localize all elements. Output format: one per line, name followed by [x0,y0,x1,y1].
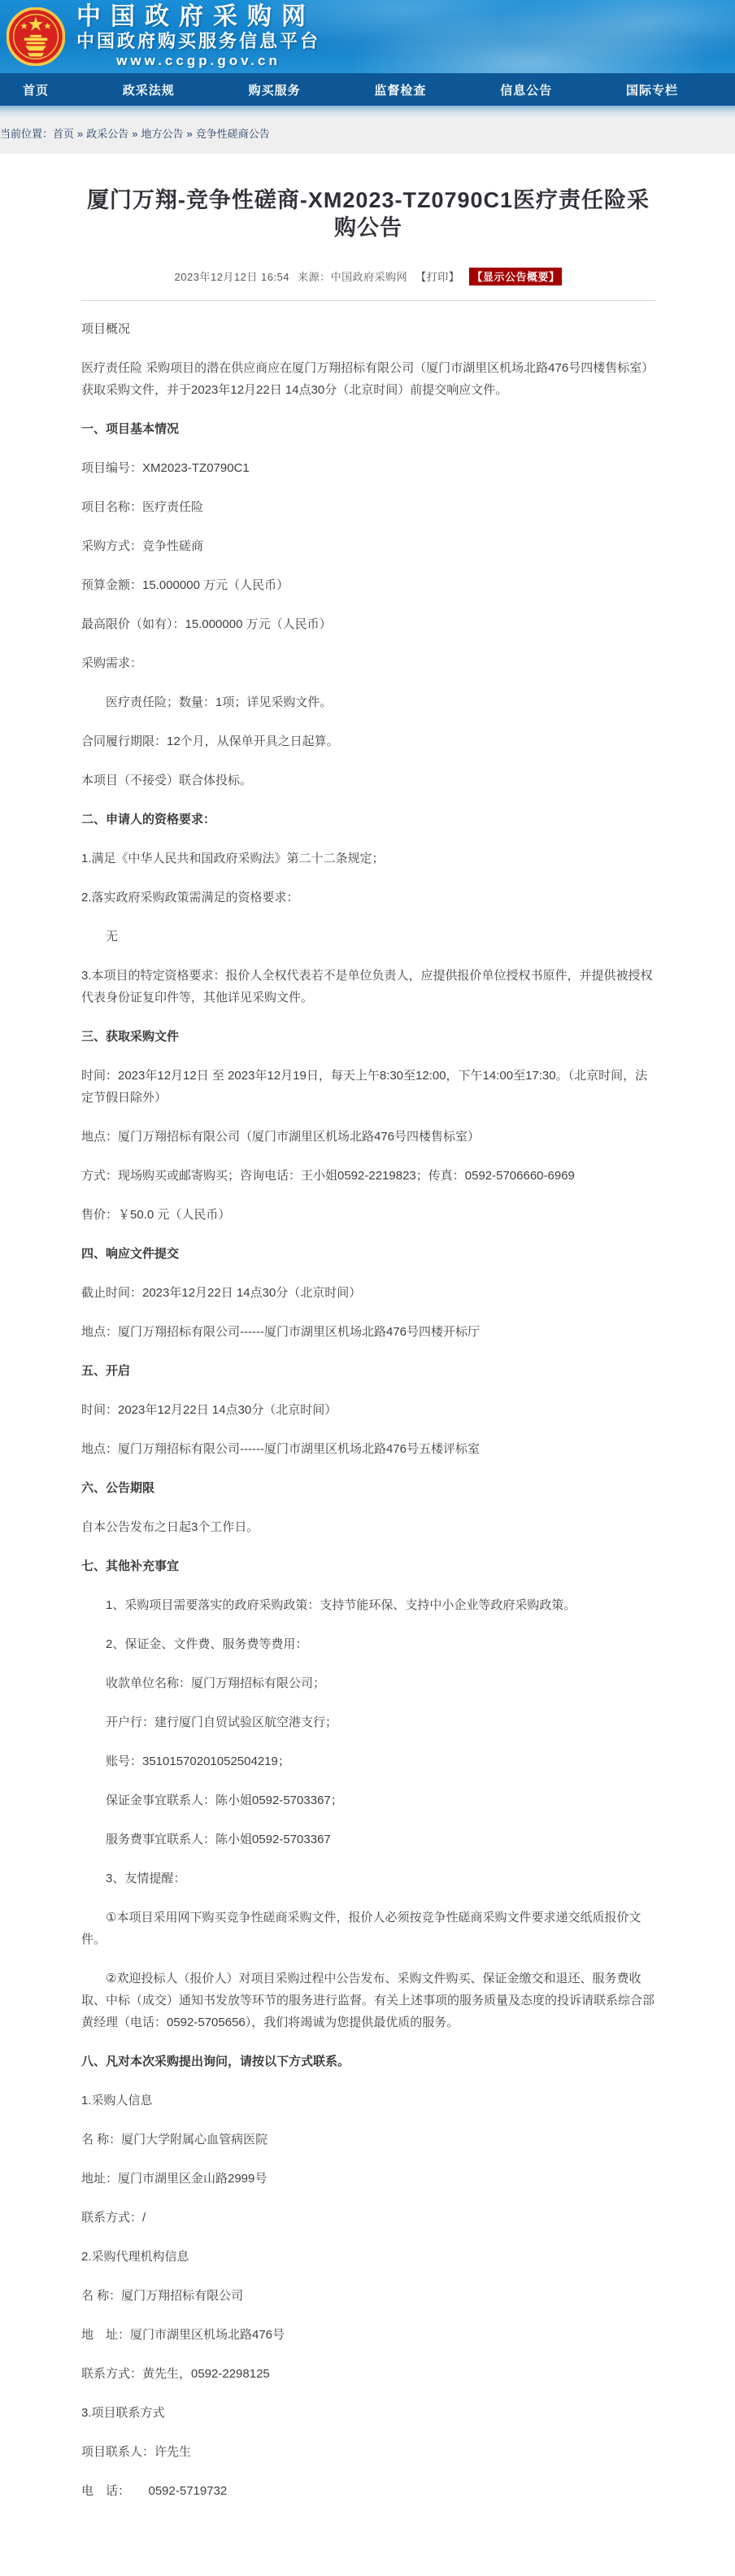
nav-item-4[interactable]: 监督检查 [374,81,426,98]
paragraph: 项目名称：医疗责任险 [81,496,655,518]
nav-item-2[interactable]: 政采法规 [123,81,175,98]
paragraph: 采购方式：竞争性磋商 [81,535,655,557]
breadcrumb-link-2[interactable]: 政采公告 [86,128,128,140]
breadcrumb-link-4: 竞争性磋商公告 [196,128,270,140]
paragraph: 时间：2023年12月12日 至 2023年12月19日，每天上午8:30至12… [81,1065,655,1109]
paragraph: 采购需求： [81,652,655,674]
paragraph: 电 话： 0592-5719732 [81,2480,655,2502]
breadcrumb: 当前位置：首页»政采公告»地方公告»竞争性磋商公告 [0,125,735,141]
paragraph: 地点：厦门万翔招标有限公司（厦门市湖里区机场北路476号四楼售标室） [81,1126,655,1148]
paragraph: 3、友情提醒： [81,1868,655,1890]
paragraph: 最高限价（如有）：15.000000 万元（人民币） [81,613,655,635]
paragraph: 本项目（不接受）联合体投标。 [81,769,655,791]
section-heading: 七、其他补充事宜 [81,1555,655,1577]
title-divider [81,300,655,301]
paragraph: 账号：35101570201052504219； [81,1750,655,1772]
paragraph: 2.落实政府采购政策需满足的资格要求： [81,887,655,909]
paragraph: 医疗责任险；数量：1项；详见采购文件。 [81,691,655,713]
section-heading: 三、获取采购文件 [81,1026,655,1048]
paragraph: 地点：厦门万翔招标有限公司------厦门市湖里区机场北路476号四楼开标厅 [81,1321,655,1343]
paragraph: 医疗责任险 采购项目的潜在供应商应在厦门万翔招标有限公司（厦门市湖里区机场北路4… [81,357,655,401]
paragraph: 1.满足《中华人民共和国政府采购法》第二十二条规定； [81,848,655,870]
paragraph: 项目概况 [81,318,655,340]
breadcrumb-separator: » [77,128,83,140]
paragraph: 售价：￥50.0 元（人民币） [81,1204,655,1226]
paragraph: 地点：厦门万翔招标有限公司------厦门市湖里区机场北路476号五楼评标室 [81,1438,655,1460]
paragraph: 1、采购项目需要落实的政府采购政策：支持节能环保、支持中小企业等政府采购政策。 [81,1594,655,1616]
announcement-body: 项目概况医疗责任险 采购项目的潜在供应商应在厦门万翔招标有限公司（厦门市湖里区机… [81,318,655,2502]
print-button[interactable]: 【打印】 [415,271,459,283]
source-label: 来源：中国政府采购网 [298,271,407,283]
paragraph: 联系方式：黄先生，0592-2298125 [81,2363,655,2385]
paragraph: 3.项目联系方式 [81,2402,655,2424]
section-heading: 五、开启 [81,1360,655,1382]
section-heading: 一、项目基本情况 [81,418,655,440]
breadcrumb-link-1[interactable]: 首页 [53,128,74,140]
paragraph: 2、保证金、文件费、服务费等费用： [81,1633,655,1655]
section-heading: 六、公告期限 [81,1477,655,1499]
section-heading: 八、凡对本次采购提出询问，请按以下方式联系。 [81,2051,655,2073]
section-heading: 二、申请人的资格要求： [81,809,655,830]
paragraph: 收款单位名称：厦门万翔招标有限公司； [81,1672,655,1694]
breadcrumb-separator: » [132,128,137,140]
nav-item-1[interactable]: 首页 [23,81,49,98]
china-national-emblem-icon [7,7,65,66]
section-heading: 四、响应文件提交 [81,1243,655,1265]
breadcrumb-link-3[interactable]: 地方公告 [141,128,184,140]
paragraph: 保证金事宜联系人：陈小姐0592-5703367； [81,1789,655,1811]
paragraph: 自本公告发布之日起3个工作日。 [81,1516,655,1538]
paragraph: 3.本项目的特定资格要求：报价人全权代表若不是单位负责人，应提供报价单位授权书原… [81,965,655,1009]
paragraph: 服务费事宜联系人：陈小姐0592-5703367 [81,1828,655,1850]
paragraph: 地 址：厦门市湖里区机场北路476号 [81,2324,655,2346]
article-meta: 2023年12月12日 16:54 来源：中国政府采购网 【打印】 【显示公告概… [81,268,655,285]
nav-item-3[interactable]: 购买服务 [249,81,301,98]
paragraph: 联系方式：/ [81,2207,655,2229]
show-summary-button[interactable]: 【显示公告概要】 [469,268,562,285]
page-title: 厦门万翔-竞争性磋商-XM2023-TZ0790C1医疗责任险采购公告 [81,186,655,242]
paragraph: 名 称：厦门大学附属心血管病医院 [81,2129,655,2151]
announcement-article: 厦门万翔-竞争性磋商-XM2023-TZ0790C1医疗责任险采购公告 2023… [0,154,735,2576]
paragraph: 开户行：建行厦门自贸试验区航空港支行； [81,1711,655,1733]
paragraph: 名 称：厦门万翔招标有限公司 [81,2285,655,2307]
breadcrumb-bar: 当前位置：首页»政采公告»地方公告»竞争性磋商公告 [0,119,735,154]
paragraph: ②欢迎投标人（报价人）对项目采购过程中公告发布、采购文件购买、保证金缴交和退还、… [81,1968,655,2033]
paragraph: 地址：厦门市湖里区金山路2999号 [81,2168,655,2190]
site-title: 中国政府采购网 [76,5,320,29]
site-subtitle: 中国政府购买服务信息平台 [76,31,320,52]
nav-item-6[interactable]: 国际专栏 [626,81,678,98]
paragraph: 项目编号：XM2023-TZ0790C1 [81,457,655,479]
paragraph: 项目联系人：许先生 [81,2441,655,2463]
nav-item-5[interactable]: 信息公告 [500,81,552,98]
paragraph: 无 [81,926,655,948]
paragraph: 时间：2023年12月22日 14点30分（北京时间） [81,1399,655,1421]
site-header-banner: 中国政府采购网 中国政府购买服务信息平台 www.ccgp.gov.cn [0,0,735,73]
paragraph: 合同履行期限：12个月，从保单开具之日起算。 [81,730,655,752]
paragraph: 预算金额：15.000000 万元（人民币） [81,574,655,596]
paragraph: 2.采购代理机构信息 [81,2246,655,2268]
paragraph: 截止时间：2023年12月22日 14点30分（北京时间） [81,1282,655,1304]
publish-datetime: 2023年12月12日 16:54 [175,271,289,283]
paragraph: 1.采购人信息 [81,2090,655,2112]
site-url: www.ccgp.gov.cn [76,53,320,69]
header-fade-strip [0,106,735,119]
breadcrumb-separator: » [187,128,193,140]
paragraph: 方式：现场购买或邮寄购买；咨询电话：王小姐0592-2219823；传真：059… [81,1165,655,1187]
main-navigation: 首页政采法规购买服务监督检查信息公告国际专栏 [0,73,735,106]
paragraph: ①本项目采用网下购买竞争性磋商采购文件，报价人必须按竞争性磋商采购文件要求递交纸… [81,1907,655,1951]
breadcrumb-label: 当前位置： [0,128,53,140]
